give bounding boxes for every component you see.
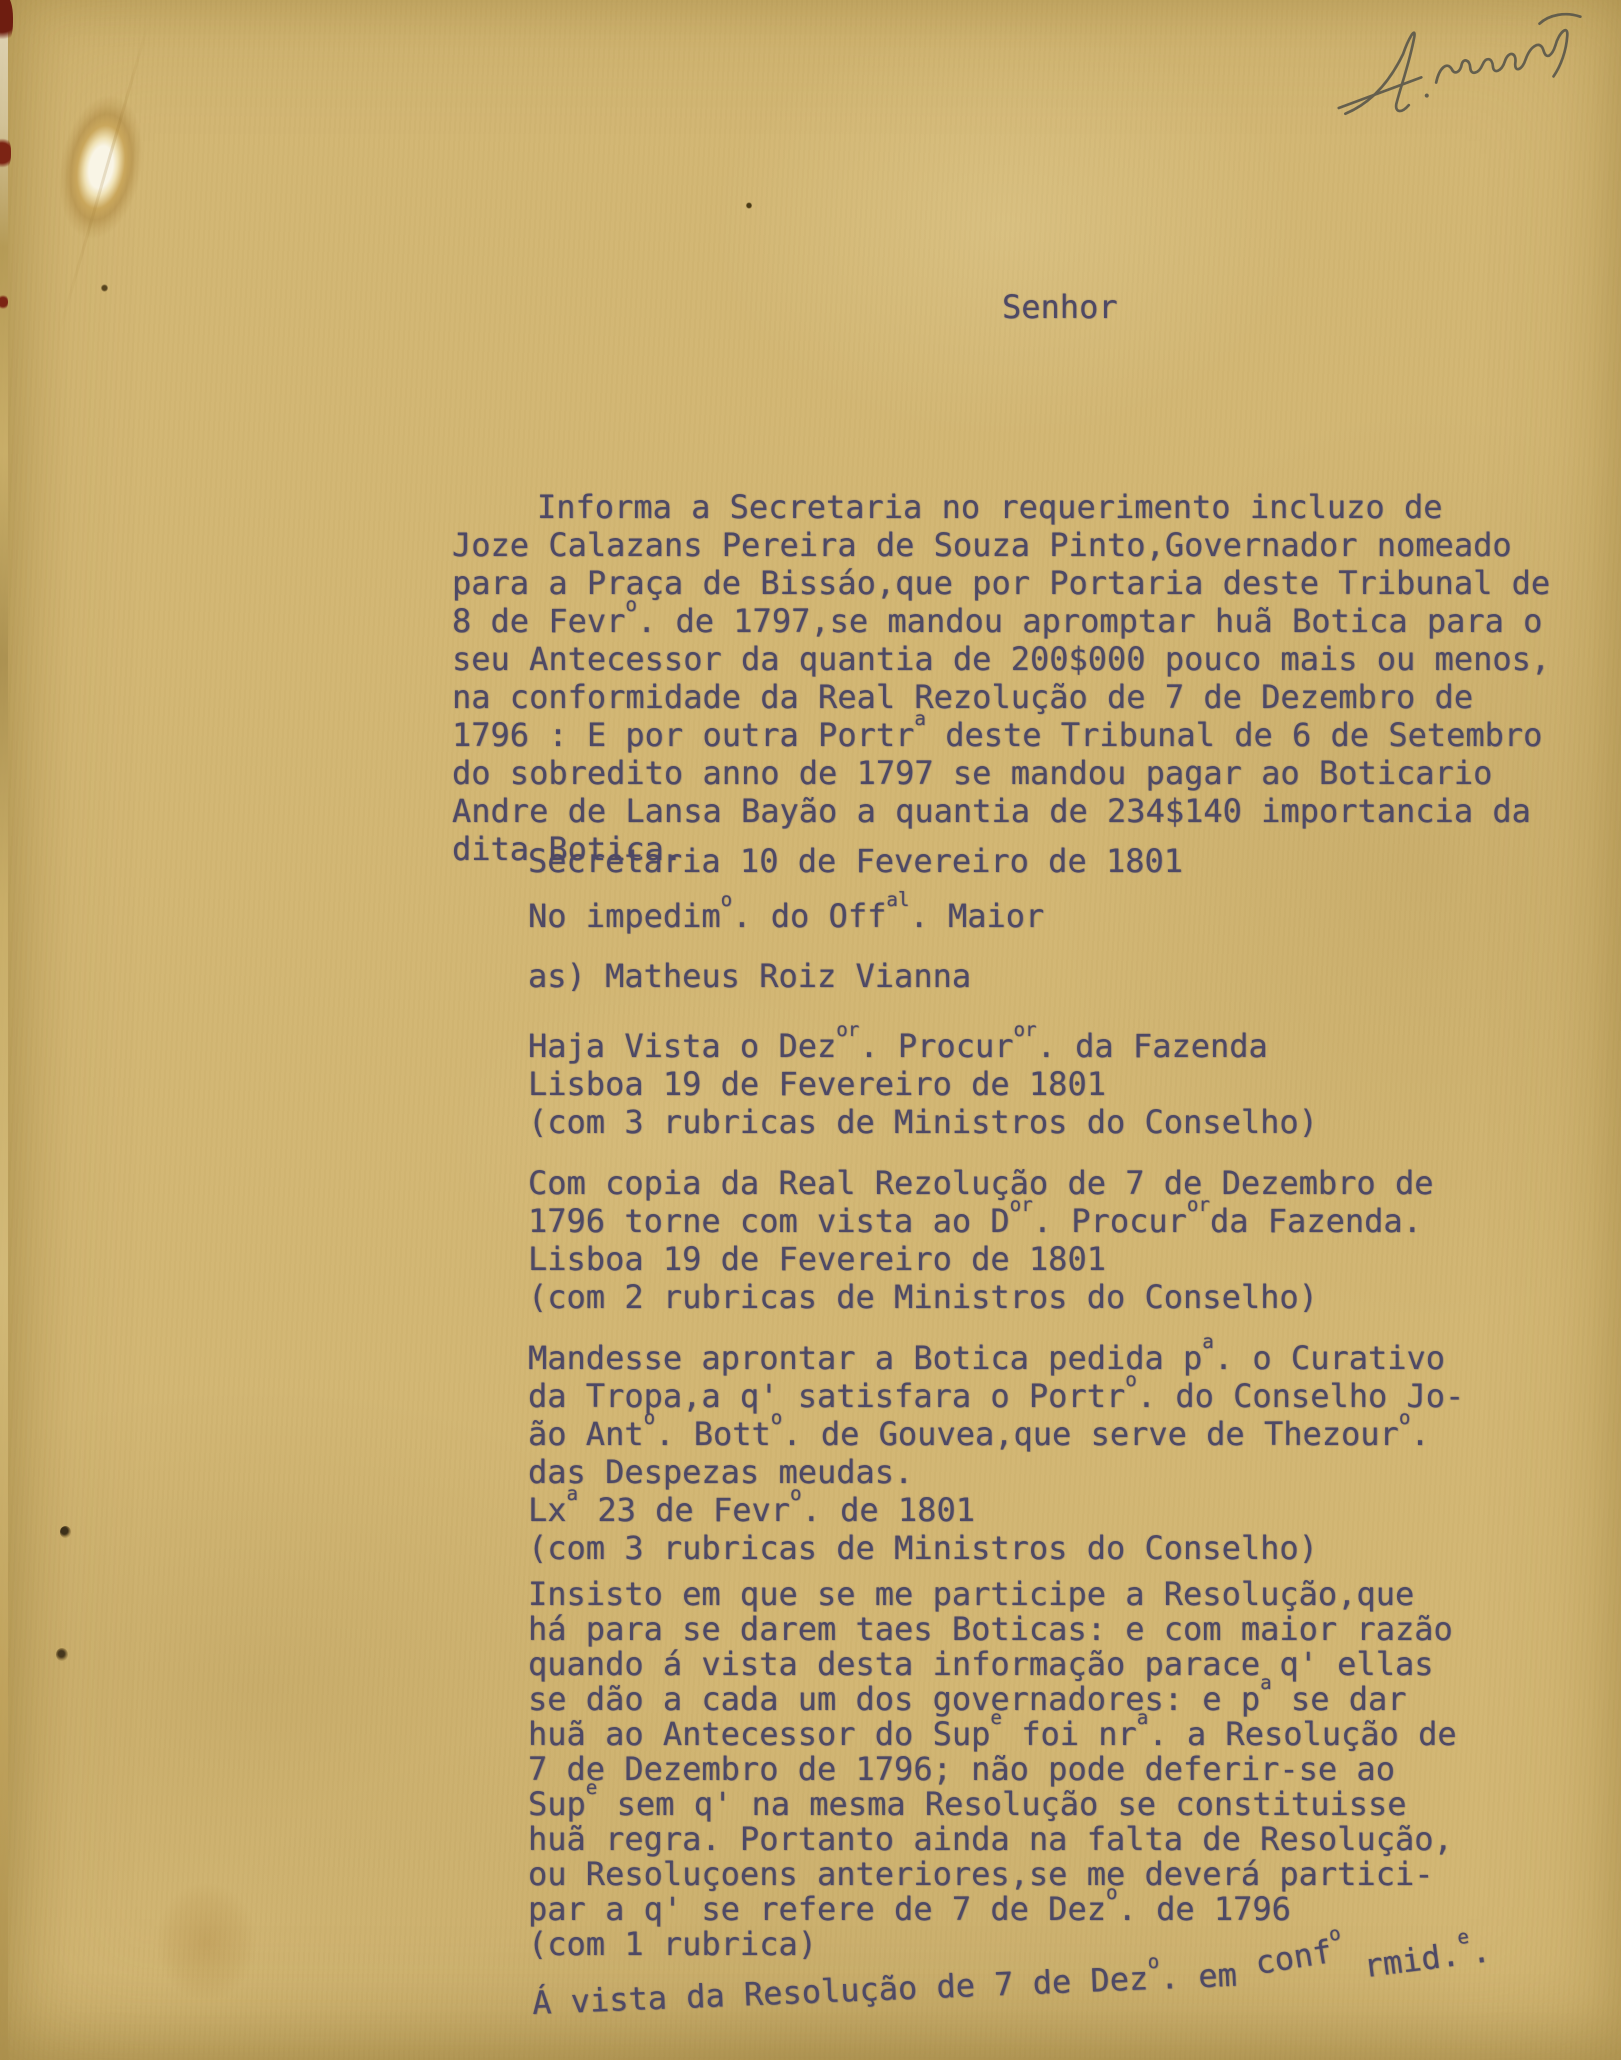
text-line: para a Praça de Bissáo,que por Portaria … <box>452 564 1550 602</box>
salutation: Senhor <box>1002 288 1118 326</box>
text-line: huã ao Antecessor do Supe foi nra. a Res… <box>528 1717 1457 1752</box>
text-line: Joze Calazans Pereira de Souza Pinto,Gov… <box>452 526 1550 564</box>
text-line: huã regra. Portanto ainda na falta de Re… <box>528 1822 1457 1857</box>
secretaria-date-line: Secretaria 10 de Fevereiro de 1801 <box>528 842 1183 880</box>
text-line: Secretaria 10 de Fevereiro de 1801 <box>528 842 1183 880</box>
assignee-line: as) Matheus Roiz Vianna <box>528 957 971 995</box>
despacho-mandesse: Mandesse aprontar a Botica pedida pa. o … <box>528 1339 1464 1567</box>
text-line: quando á vista desta informação parace q… <box>528 1647 1457 1682</box>
text-line: Com copia da Real Rezolução de 7 de Deze… <box>528 1164 1433 1202</box>
text-line: Andre de Lansa Bayão a quantia de 234$14… <box>452 792 1550 830</box>
text-line: Insisto em que se me participe a Resoluç… <box>528 1577 1457 1612</box>
text-line: Mandesse aprontar a Botica pedida pa. o … <box>528 1339 1464 1377</box>
text-line: Lisboa 19 de Fevereiro de 1801 <box>528 1240 1433 1278</box>
despacho-insisto: Insisto em que se me participe a Resoluç… <box>528 1577 1457 1962</box>
text-line: seu Antecessor da quantia de 200$000 pou… <box>452 640 1550 678</box>
text-line: (com 2 rubricas de Ministros do Conselho… <box>528 1278 1433 1316</box>
text-line: das Despezas meudas. <box>528 1453 1464 1491</box>
text-line: (com 3 rubricas de Ministros do Conselho… <box>528 1103 1318 1141</box>
despacho-com-copia: Com copia da Real Rezolução de 7 de Deze… <box>528 1164 1433 1316</box>
text-line: Lisboa 19 de Fevereiro de 1801 <box>528 1065 1318 1103</box>
text-line: No impedimo. do Offal. Maior <box>528 897 1044 935</box>
text-line: ou Resoluçoens anteriores,se me deverá p… <box>528 1857 1457 1892</box>
text-line: Senhor <box>1002 288 1118 326</box>
scanned-letter-page: SenhorInforma a Secretaria no requerimen… <box>0 0 1621 2060</box>
text-line: da Tropa,a q' satisfara o Portro. do Con… <box>528 1377 1464 1415</box>
text-line: (com 3 rubricas de Ministros do Conselho… <box>528 1529 1464 1567</box>
text-line: na conformidade da Real Rezolução de 7 d… <box>452 678 1550 716</box>
text-line: Haja Vista o Dezor. Procuror. da Fazenda <box>528 1027 1318 1065</box>
despacho-haja-vista: Haja Vista o Dezor. Procuror. da Fazenda… <box>528 1027 1318 1141</box>
text-line: 1796 torne com vista ao Dor. Procurorda … <box>528 1202 1433 1240</box>
text-line: do sobredito anno de 1797 se mandou paga… <box>452 754 1550 792</box>
text-line: 7 de Dezembro de 1796; não pode deferir-… <box>528 1752 1457 1787</box>
text-line: 8 de Fevro. de 1797,se mandou apromptar … <box>452 602 1550 640</box>
paragraph-informa: Informa a Secretaria no requerimento inc… <box>452 488 1550 868</box>
text-line: 1796 : E por outra Portra deste Tribunal… <box>452 716 1550 754</box>
text-line: par a q' se refere de 7 de Dezo. de 1796 <box>528 1892 1457 1927</box>
impediment-note: No impedimo. do Offal. Maior <box>528 897 1044 935</box>
text-segment: Á vista da Resolução de 7 de Dezo. em <box>531 1955 1256 2022</box>
letter-text-layer: SenhorInforma a Secretaria no requerimen… <box>0 0 1621 2060</box>
text-line: ão Anto. Botto. de Gouvea,que serve de T… <box>528 1415 1464 1453</box>
text-line: Lxa 23 de Fevro. de 1801 <box>528 1491 1464 1529</box>
text-line: Informa a Secretaria no requerimento inc… <box>452 488 1550 526</box>
text-line: as) Matheus Roiz Vianna <box>528 957 971 995</box>
text-line: Supe sem q' na mesma Resolução se consti… <box>528 1787 1457 1822</box>
text-line: há para se darem taes Boticas: e com mai… <box>528 1612 1457 1647</box>
